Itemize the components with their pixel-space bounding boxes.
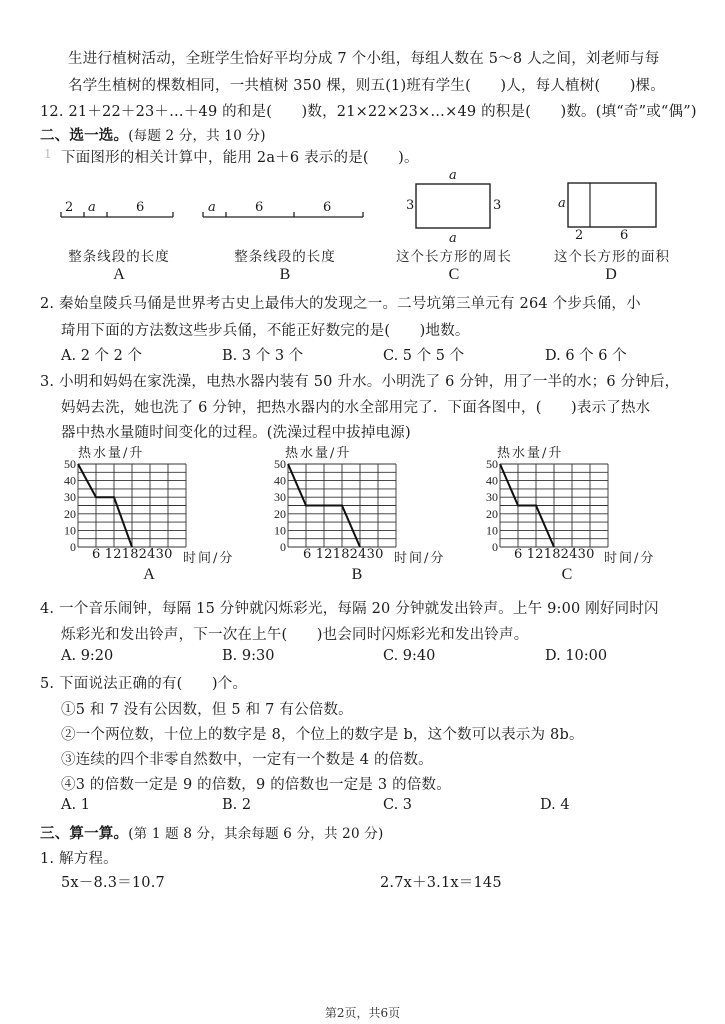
figure-b-caption: 整条线段的长度	[210, 245, 360, 265]
svg-text:30: 30	[486, 490, 498, 504]
question-2-2-option-c: C. 5 个 5 个	[383, 344, 464, 365]
question-2-5-statement-2: ②一个两位数，十位上的数字是 8，个位上的数字是 b，这个数可以表示为 8b。	[61, 723, 584, 744]
svg-text:30: 30	[64, 490, 76, 504]
svg-text:20: 20	[486, 507, 498, 521]
question-2-4-option-b: B. 9:30	[222, 648, 274, 664]
question-2-5-option-d: D. 4	[540, 797, 570, 813]
figure-d-rectangle	[566, 182, 658, 230]
figure-d-label-6: 6	[620, 228, 628, 243]
question-2-5-option-c: C. 3	[383, 797, 412, 813]
figure-b-label-6-first: 6	[255, 200, 263, 215]
figure-a-label-6: 6	[136, 200, 144, 215]
question-2-5-option-a: A. 1	[61, 797, 90, 813]
question-2-2-line1: 2. 秦始皇陵兵马俑是世界考古史上最伟大的发现之一。二号坑第三单元有 264 个…	[40, 292, 641, 313]
figure-c-label-left: 3	[406, 198, 414, 213]
figure-b-letter: B	[265, 266, 305, 284]
figure-a-caption: 整条线段的长度	[44, 245, 194, 265]
question-2-5-statement-1: ①5 和 7 没有公因数，但 5 和 7 有公倍数。	[61, 698, 353, 719]
figure-c-caption: 这个长方形的周长	[379, 245, 529, 265]
chart-b-svg: 01020304050	[264, 458, 414, 558]
svg-text:10: 10	[486, 523, 498, 537]
svg-text:50: 50	[274, 458, 286, 471]
equation-1: 5x－8.3＝10.7	[61, 871, 165, 892]
question-2-4-option-a: A. 9:20	[61, 648, 113, 664]
page-number: 第2页，共6页	[0, 1004, 725, 1021]
question-2-4-option-d: D. 10:00	[545, 648, 607, 664]
chart-a-xlabel: 时间/分	[183, 547, 234, 566]
chart-b-letter: B	[337, 566, 377, 584]
question-2-5-option-b: B. 2	[222, 797, 251, 813]
chart-b-xticks: 6 12182430	[303, 547, 384, 562]
problem-12-text: 12. 21＋22＋23＋…＋49 的和是( )数，21×22×23×…×49 …	[40, 100, 697, 121]
chart-a-svg: 01020304050	[54, 458, 204, 558]
figure-d-label-left: a	[558, 196, 566, 211]
section-3-question-1: 1. 解方程。	[40, 847, 118, 868]
svg-text:50: 50	[64, 458, 76, 471]
chart-a-xticks: 6 12182430	[92, 547, 173, 562]
figure-d-label-2: 2	[575, 228, 583, 243]
svg-text:50: 50	[486, 458, 498, 471]
figure-b-label-a: a	[208, 200, 216, 215]
svg-text:20: 20	[64, 507, 76, 521]
chart-c-letter: C	[547, 566, 587, 584]
section-2-title: 二、选一选。	[40, 127, 128, 144]
figure-d-caption: 这个长方形的面积	[537, 245, 687, 265]
figure-d-letter: D	[591, 266, 631, 284]
chart-c-svg: 01020304050	[476, 458, 626, 558]
problem-11-text-line1: 生进行植树活动，全班学生恰好平均分成 7 个小组，每组人数在 5～8 人之间，刘…	[68, 47, 659, 68]
svg-text:0: 0	[70, 540, 76, 554]
question-2-3-line3: 器中热水量随时间变化的过程。(洗澡过程中拔掉电源)	[61, 421, 411, 442]
svg-text:10: 10	[64, 523, 76, 537]
question-2-1-text: 下面图形的相关计算中，能用 2a＋6 表示的是( )。	[61, 146, 419, 167]
section-2-note: (每题 2 分，共 10 分)	[128, 128, 265, 144]
figure-a-letter: A	[99, 266, 139, 284]
figure-a-label-a: a	[88, 200, 96, 215]
figure-c-rectangle	[414, 183, 492, 231]
question-2-4-option-c: C. 9:40	[383, 648, 435, 664]
figure-b-segment	[198, 195, 368, 225]
section-2-heading: 二、选一选。(每题 2 分，共 10 分)	[40, 124, 266, 145]
chart-c-xlabel: 时间/分	[604, 547, 655, 566]
question-2-2-option-b: B. 3 个 3 个	[222, 344, 303, 365]
figure-c-label-bottom: a	[449, 231, 457, 246]
question-2-5-line1: 5. 下面说法正确的有( )个。	[40, 672, 247, 693]
svg-text:0: 0	[492, 540, 498, 554]
question-2-3-line2: 妈妈去洗，她也洗了 6 分钟，把热水器内的水全部用完了．下面各图中，( )表示了…	[61, 396, 650, 417]
section-3-note: (第 1 题 8 分，其余每题 6 分，共 20 分)	[128, 826, 383, 842]
svg-text:20: 20	[274, 507, 286, 521]
question-2-2-line2: 琦用下面的方法数这些步兵俑，不能正好数完的是( )地数。	[61, 319, 470, 340]
svg-text:30: 30	[274, 490, 286, 504]
question-2-5-statement-3: ③连续的四个非零自然数中，一定有一个数是 4 的倍数。	[61, 748, 433, 769]
question-2-4-line2: 烁彩光和发出铃声，下一次在上午( )也会同时闪烁彩光和发出铃声。	[61, 623, 528, 644]
figure-c-label-top: a	[449, 168, 457, 183]
svg-text:0: 0	[280, 540, 286, 554]
figure-c-letter: C	[434, 266, 474, 284]
svg-text:40: 40	[64, 474, 76, 488]
section-3-heading: 三、算一算。(第 1 题 8 分，其余每题 6 分，共 20 分)	[40, 822, 383, 843]
question-2-4-line1: 4. 一个音乐闹钟，每隔 15 分钟就闪烁彩光，每隔 20 分钟就发出铃声。上午…	[40, 597, 659, 618]
question-2-5-statement-4: ④3 的倍数一定是 9 的倍数，9 的倍数也一定是 3 的倍数。	[61, 773, 451, 794]
chart-a-letter: A	[129, 566, 169, 584]
figure-c-label-right: 3	[493, 198, 501, 213]
chart-b-xlabel: 时间/分	[394, 547, 445, 566]
problem-11-text-line2: 名学生植树的棵数相同，一共植树 350 棵，则五(1)班有学生( )人，每人植树…	[68, 74, 665, 95]
figure-a-label-2: 2	[65, 200, 73, 215]
figure-b-label-6-second: 6	[323, 200, 331, 215]
question-2-2-option-a: A. 2 个 2 个	[61, 344, 142, 365]
question-2-2-option-d: D. 6 个 6 个	[545, 344, 627, 365]
chart-c-xticks: 6 12182430	[514, 547, 595, 562]
equation-2: 2.7x＋3.1x＝145	[380, 871, 502, 892]
svg-text:40: 40	[274, 474, 286, 488]
svg-text:10: 10	[274, 523, 286, 537]
question-2-3-line1: 3. 小明和妈妈在家洗澡，电热水器内装有 50 升水。小明洗了 6 分钟，用了一…	[40, 370, 679, 391]
svg-text:40: 40	[486, 474, 498, 488]
margin-mark: 1	[44, 147, 52, 161]
section-3-title: 三、算一算。	[40, 825, 128, 842]
